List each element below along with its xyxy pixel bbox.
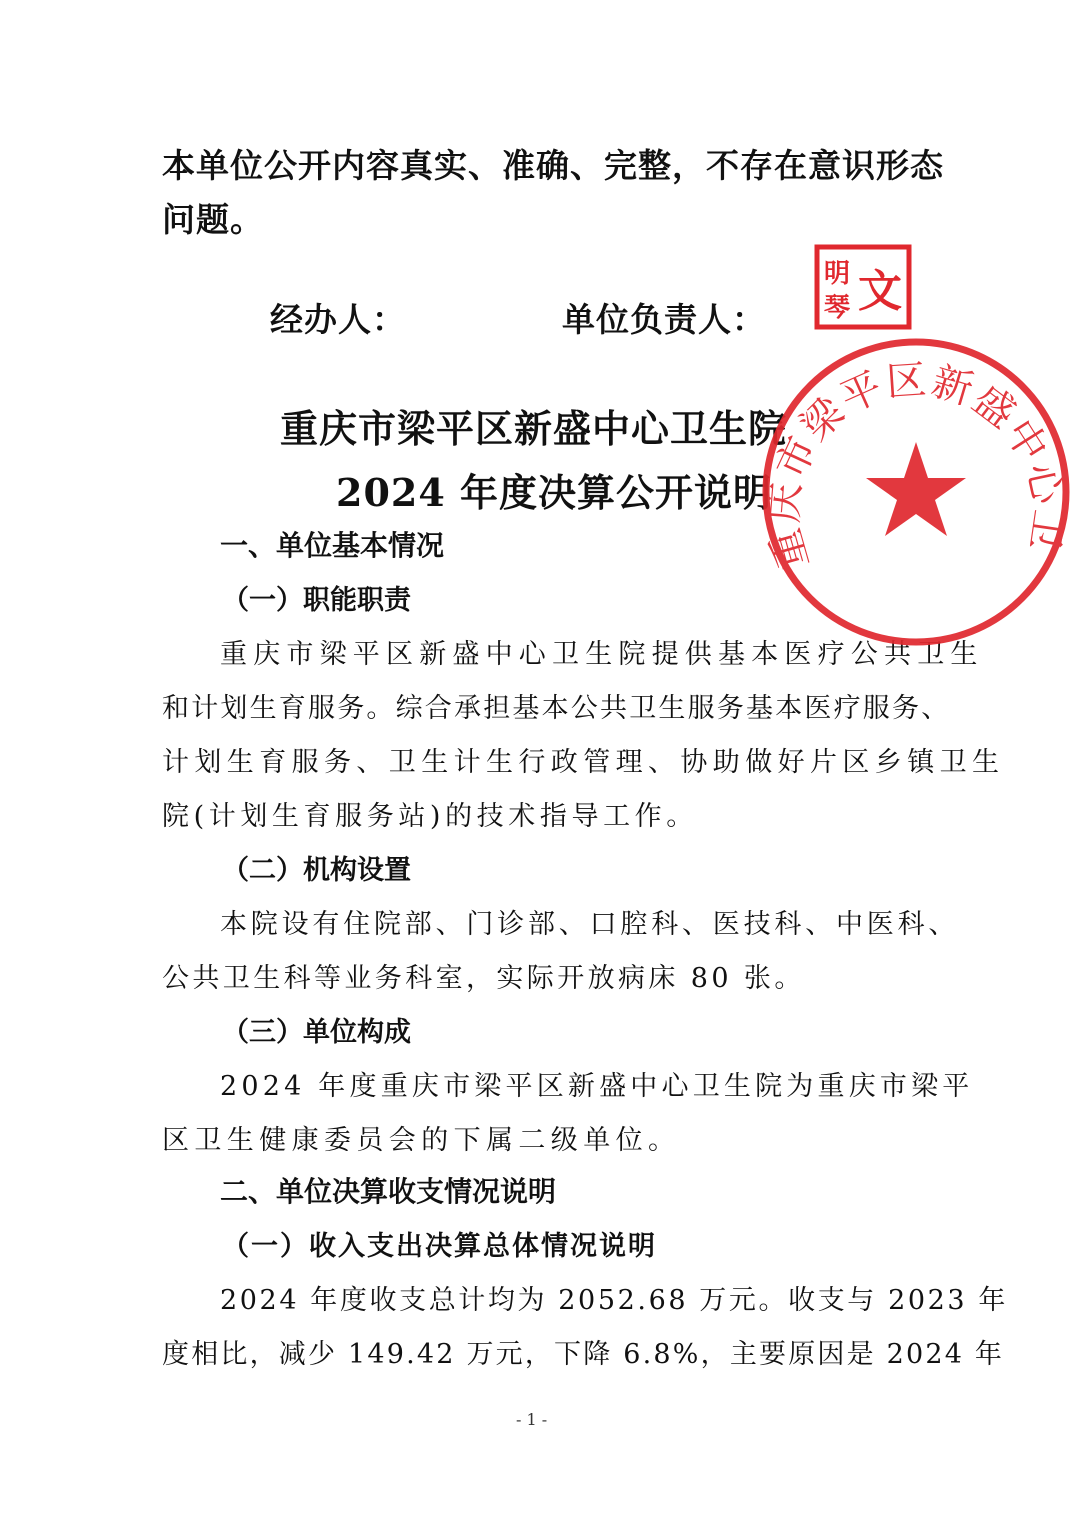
svg-text:琴: 琴 — [824, 293, 850, 323]
subsection-heading-2-1: （一）收入支出决算总体情况说明 — [222, 1224, 657, 1263]
name-seal-icon: 明 琴 文 — [814, 244, 912, 330]
doc-title-line-1: 重庆市梁平区新盛中心卫生院 — [280, 398, 787, 453]
handler-label: 经办人： — [270, 294, 406, 341]
paragraph-line: 2024 年度收支总计均为 2052.68 万元。收支与 2023 年 — [220, 1278, 1008, 1317]
paragraph-line: 度相比，减少 149.42 万元，下降 6.8%，主要原因是 2024 年 — [162, 1332, 1004, 1371]
paragraph-line: 计划生育服务、卫生计生行政管理、协助做好片区乡镇卫生 — [162, 740, 1004, 779]
official-seal-icon: 重庆市梁平区新盛中心卫生院 — [758, 334, 1074, 650]
paragraph-line: 2024 年度重庆市梁平区新盛中心卫生院为重庆市梁平 — [220, 1064, 974, 1103]
subsection-heading-1-2: （二）机构设置 — [222, 848, 411, 887]
subsection-heading-1-3: （三）单位构成 — [222, 1010, 411, 1049]
name-seal-stamp: 明 琴 文 — [814, 244, 912, 330]
official-seal-stamp: 重庆市梁平区新盛中心卫生院 — [758, 334, 1074, 650]
svg-text:明: 明 — [824, 259, 850, 289]
paragraph-line: 区卫生健康委员会的下属二级单位。 — [162, 1118, 680, 1157]
section-heading-2: 二、单位决算收支情况说明 — [220, 1170, 556, 1210]
subsection-heading-1-1: （一）职能职责 — [222, 578, 411, 617]
paragraph-line: 本院设有住院部、门诊部、口腔科、医技科、中医科、 — [220, 902, 959, 941]
paragraph-line: 院(计划生育服务站)的技术指导工作。 — [162, 794, 698, 833]
page-number: - 1 - — [516, 1410, 547, 1429]
svg-text:文: 文 — [858, 266, 902, 317]
declaration-line-1: 本单位公开内容真实、准确、完整，不存在意识形态 — [162, 140, 944, 187]
doc-title-line-2: 2024 年度决算公开说明 — [336, 462, 772, 517]
document-page: 本单位公开内容真实、准确、完整，不存在意识形态 问题。 经办人： 单位负责人： … — [0, 0, 1074, 1520]
paragraph-line: 公共卫生科等业务科室，实际开放病床 80 张。 — [162, 956, 805, 995]
leader-label: 单位负责人： — [562, 294, 766, 341]
section-heading-1: 一、单位基本情况 — [220, 524, 444, 564]
declaration-line-2: 问题。 — [162, 194, 264, 241]
paragraph-line: 和计划生育服务。综合承担基本公共卫生服务基本医疗服务、 — [162, 686, 950, 725]
